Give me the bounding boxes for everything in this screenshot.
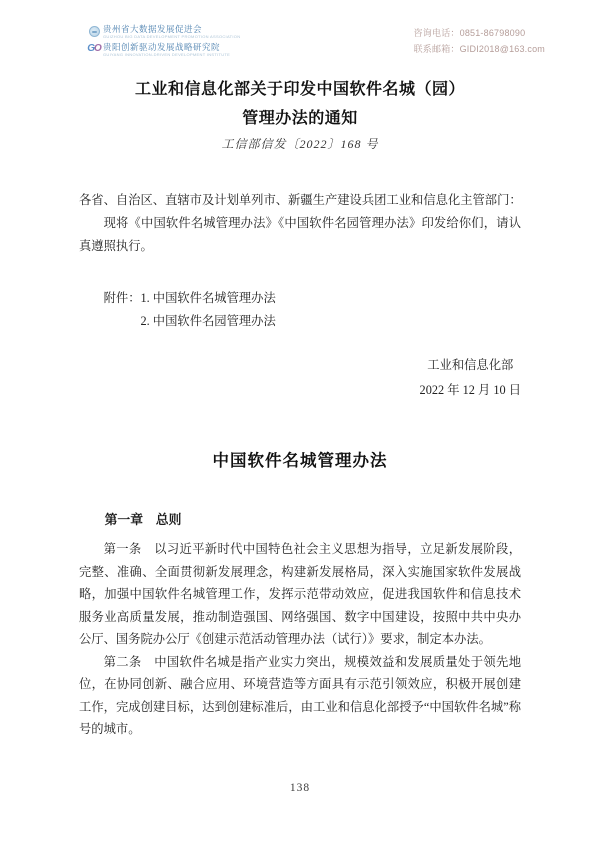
letter-body: 现将《中国软件名城管理办法》《中国软件名园管理办法》印发给你们，请认真遵照执行。 bbox=[79, 212, 521, 258]
signature-block: 工业和信息化部 2022 年 12 月 10 日 bbox=[420, 354, 521, 403]
institute-logo: GO 贵阳创新驱动发展战略研究院 GUIYANG INNOVATION-DRIV… bbox=[88, 43, 240, 57]
association-logo: 贵州省大数据发展促进会 GUIZHOU BIG DATA DEVELOPMENT… bbox=[88, 25, 240, 39]
notice-letter: 各省、自治区、直辖市及计划单列市、新疆生产建设兵团工业和信息化主管部门： 现将《… bbox=[0, 189, 600, 403]
notice-title-line1: 工业和信息化部关于印发中国软件名城（园） bbox=[135, 81, 465, 98]
sign-date: 2022 年 12 月 10 日 bbox=[420, 377, 521, 403]
contact-email: 联系邮箱：GIDI2018@163.com bbox=[414, 41, 545, 57]
contact-phone: 咨询电话：0851-86798090 bbox=[414, 25, 545, 41]
institute-name-en: GUIYANG INNOVATION-DRIVEN DEVELOPMENT IN… bbox=[103, 52, 230, 57]
institute-name-cn: 贵阳创新驱动发展战略研究院 bbox=[103, 43, 230, 52]
article-2: 第二条 中国软件名城是指产业实力突出，规模效益和发展质量处于领先地位，在协同创新… bbox=[79, 651, 521, 741]
association-name-en: GUIZHOU BIG DATA DEVELOPMENT PROMOTION A… bbox=[103, 34, 240, 39]
logo-block: 贵州省大数据发展促进会 GUIZHOU BIG DATA DEVELOPMENT… bbox=[88, 25, 240, 57]
page-header: 贵州省大数据发展促进会 GUIZHOU BIG DATA DEVELOPMENT… bbox=[0, 0, 600, 57]
salutation: 各省、自治区、直辖市及计划单列市、新疆生产建设兵团工业和信息化主管部门： bbox=[79, 189, 521, 212]
contact-info: 咨询电话：0851-86798090 联系邮箱：GIDI2018@163.com bbox=[414, 25, 545, 57]
attachment-item-1: 附件：1. 中国软件名城管理办法 bbox=[79, 287, 521, 310]
signature-wrap: 工业和信息化部 2022 年 12 月 10 日 bbox=[79, 354, 521, 403]
globe-ring-icon bbox=[88, 25, 100, 37]
regulation-body: 第一章 总则 第一条 以习近平新时代中国特色社会主义思想为指导，立足新发展阶段，… bbox=[0, 511, 600, 741]
document-number: 工信部信发〔2022〕168 号 bbox=[0, 136, 600, 152]
chapter-1-heading: 第一章 总则 bbox=[79, 511, 521, 529]
article-1: 第一条 以习近平新时代中国特色社会主义思想为指导，立足新发展阶段，完整、准确、全… bbox=[79, 538, 521, 651]
go-monogram-icon: GO bbox=[88, 43, 100, 55]
page-number: 138 bbox=[0, 782, 600, 794]
notice-title: 工业和信息化部关于印发中国软件名城（园） 管理办法的通知 bbox=[0, 76, 600, 133]
attachments: 附件：1. 中国软件名城管理办法 2. 中国软件名园管理办法 bbox=[79, 287, 521, 333]
document-page: 贵州省大数据发展促进会 GUIZHOU BIG DATA DEVELOPMENT… bbox=[0, 0, 600, 848]
attachment-item-2: 2. 中国软件名园管理办法 bbox=[79, 310, 521, 333]
signer-name: 工业和信息化部 bbox=[420, 354, 521, 377]
regulation-title: 中国软件名城管理办法 bbox=[0, 449, 600, 473]
association-name-cn: 贵州省大数据发展促进会 bbox=[103, 25, 240, 34]
notice-title-line2: 管理办法的通知 bbox=[242, 110, 358, 127]
